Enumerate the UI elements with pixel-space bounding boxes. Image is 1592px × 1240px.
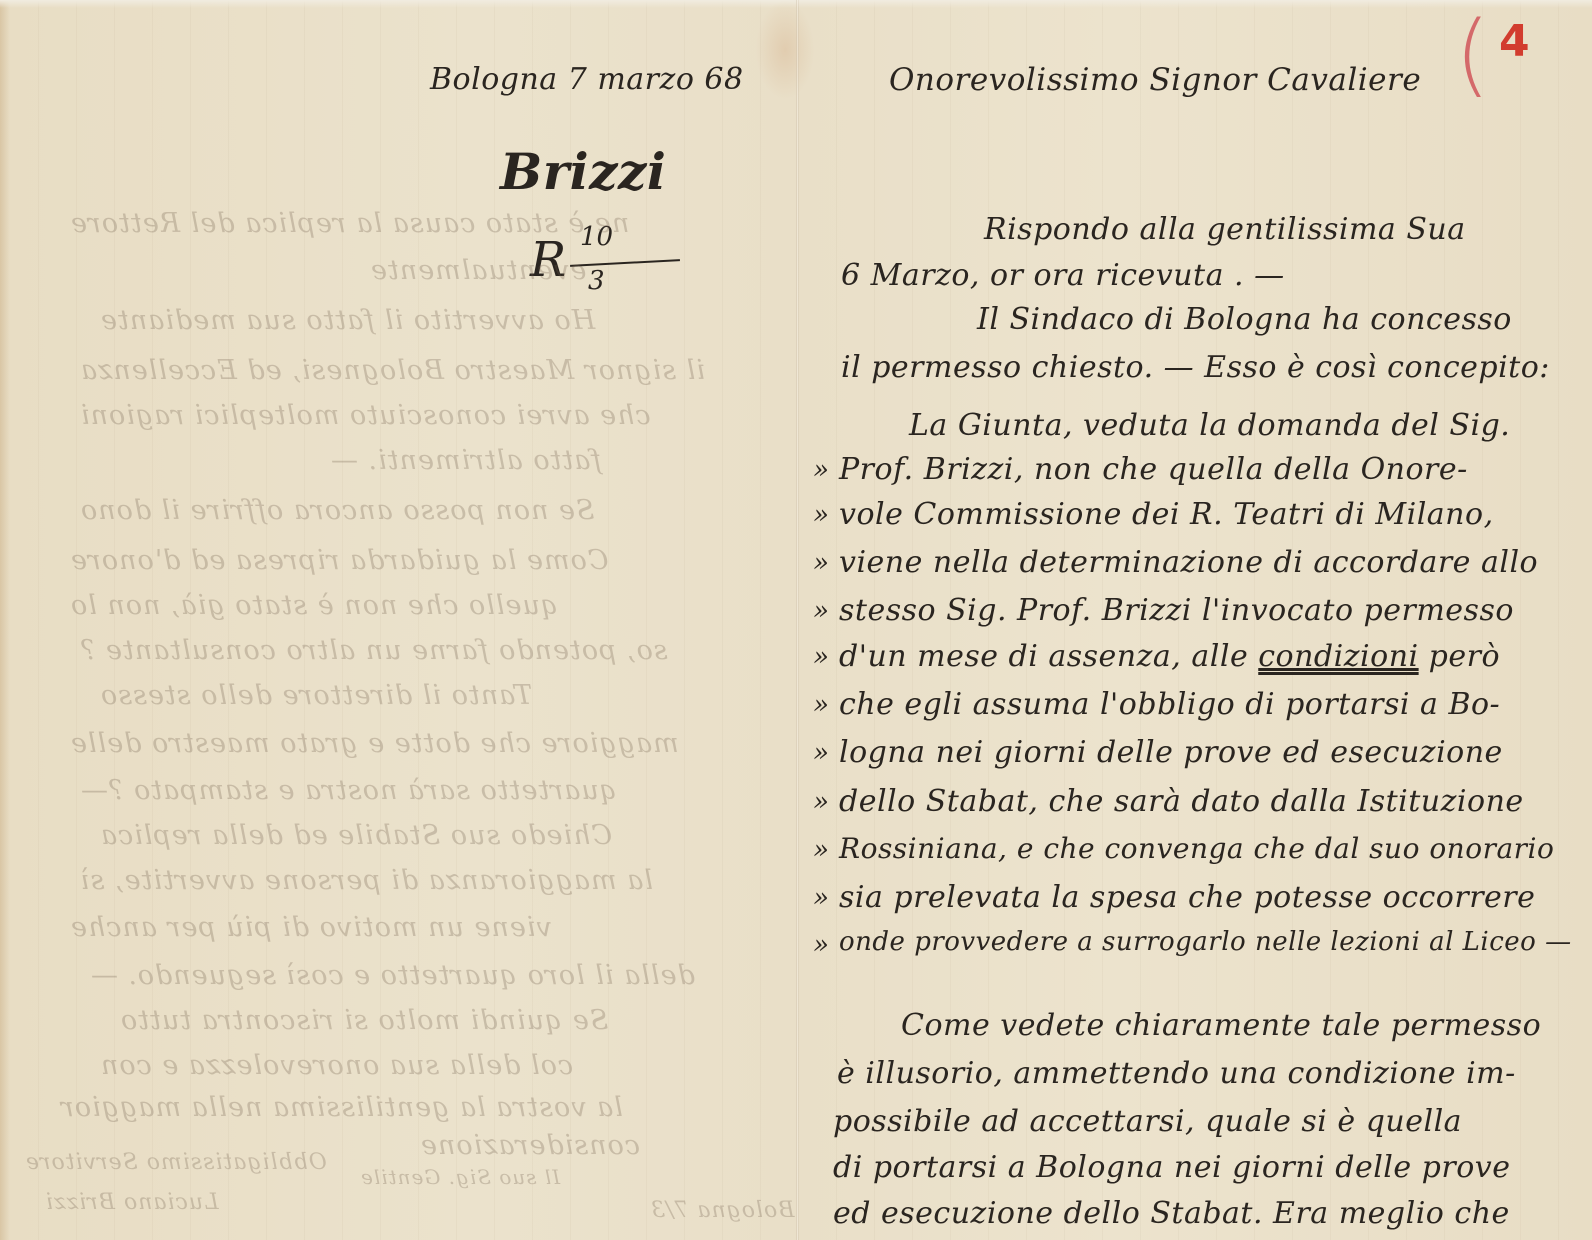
- reference-bar: [570, 259, 680, 267]
- letter-line: dello Stabat, che sarà dato dalla Istitu…: [839, 784, 1524, 819]
- quote-mark: »: [813, 835, 829, 865]
- bleed-through-line: viene un motivo di più per anche: [70, 912, 552, 943]
- bleed-through-line: Obbligatissimo Servitore: [25, 1150, 327, 1175]
- letter-line: vole Commissione dei R. Teatri di Milano…: [839, 497, 1494, 532]
- letter-line: il permesso chiesto. — Esso è così conce…: [841, 350, 1550, 385]
- quote-mark: »: [813, 455, 829, 485]
- left-page: Bologna 7 marzo 68 Brizzi R 10 3 ne è st…: [0, 0, 796, 1240]
- quote-mark: »: [813, 500, 829, 530]
- letter-line-tail: però: [1419, 639, 1500, 674]
- bleed-through-line: Il suo Sig. Gentile: [360, 1165, 560, 1189]
- letter-line: che egli assuma l'obbligo di portarsi a …: [839, 687, 1500, 722]
- underlined-word: condizioni: [1258, 639, 1418, 674]
- bleed-through-line: che avrei conosciuto molteplici ragioni: [80, 400, 651, 431]
- letter-line: onde provvedere a surrogarlo nelle lezio…: [839, 927, 1572, 957]
- bleed-through-line: Ho avvertito il fatto sua mediante: [100, 305, 595, 336]
- quote-mark: »: [813, 642, 829, 672]
- letter-line: possibile ad accettarsi, quale si è quel…: [833, 1104, 1462, 1139]
- bleed-through-line: fatto altrimenti. —: [330, 445, 601, 476]
- quote-mark: »: [813, 690, 829, 720]
- bleed-through-line: Luciano Brizzi: [45, 1190, 219, 1215]
- letter-line: Rispondo alla gentilissima Sua: [984, 212, 1466, 247]
- quote-mark: »: [813, 930, 829, 960]
- docket-sender: Brizzi: [500, 142, 666, 201]
- bleed-through-line: quello che non è stato già, non lo: [70, 590, 558, 621]
- bleed-through-line: so, potendo farne un altro consultante ?: [80, 635, 668, 666]
- letter-sheet: Bologna 7 marzo 68 Brizzi R 10 3 ne è st…: [0, 0, 1592, 1240]
- reference-denominator: 3: [588, 266, 605, 296]
- letter-line: di portarsi a Bologna nei giorni delle p…: [833, 1150, 1511, 1185]
- bleed-through-line: Se quindi molto si riscontra tutto: [120, 1005, 608, 1036]
- quote-mark: »: [813, 548, 829, 578]
- archive-folio-number: 4: [1499, 16, 1530, 67]
- letter-line: Rossiniana, e che convenga che dal suo o…: [839, 832, 1554, 865]
- right-page: ( 4 Onorevolissimo Signor Cavaliere Risp…: [799, 0, 1592, 1240]
- letter-line-text: d'un mese di assenza, alle: [839, 639, 1248, 674]
- bleed-through-line: la vostra la gentilissima nella maggior: [60, 1092, 623, 1123]
- bleed-through-line: maggiore che dotte e grato maestro delle: [70, 728, 679, 759]
- bleed-through-line: eventualmente: [370, 255, 586, 286]
- bleed-through-line: il signor Maestro Bolognesi, ed Eccellen…: [80, 355, 705, 386]
- archive-paren: (: [1455, 2, 1490, 107]
- letter-line: viene nella determinazione di accordare …: [839, 545, 1538, 580]
- bleed-through-line: Chiedo suo Stabile ed della replica: [100, 820, 612, 851]
- letter-line: Come vedete chiaramente tale permesso: [901, 1008, 1541, 1043]
- quote-mark: »: [813, 738, 829, 768]
- letter-line: d'un mese di assenza, alle condizioni pe…: [839, 639, 1500, 674]
- letter-line: logna nei giorni delle prove ed esecuzio…: [839, 735, 1503, 770]
- letter-line: sia prelevata la spesa che potesse occor…: [839, 880, 1535, 915]
- quote-mark: »: [813, 596, 829, 626]
- letter-line: ed esecuzione dello Stabat. Era meglio c…: [833, 1196, 1510, 1231]
- bleed-through-line: la maggioranza di persone avvertite, sì: [80, 865, 653, 896]
- letter-line: stesso Sig. Prof. Brizzi l'invocato perm…: [839, 593, 1514, 628]
- docket-place-date: Bologna 7 marzo 68: [430, 62, 744, 97]
- bleed-through-line: Bologna 7/3: [650, 1198, 794, 1223]
- bleed-through-line: Se non posso ancora offrire il dono: [80, 495, 595, 526]
- letter-line: è illusorio, ammettendo una condizione i…: [837, 1056, 1516, 1091]
- archive-folio-mark: ( 4: [1455, 10, 1585, 110]
- letter-line: Prof. Brizzi, non che quella della Onore…: [839, 452, 1468, 487]
- quote-mark: »: [813, 787, 829, 817]
- bleed-through-line: quartetto sarà nostra e stampato ?—: [80, 775, 617, 806]
- letter-line: 6 Marzo, or ora ricevuta . —: [841, 258, 1285, 293]
- bleed-through-line: col della sua onorevolezza e con: [100, 1050, 573, 1081]
- salutation: Onorevolissimo Signor Cavaliere: [889, 62, 1421, 98]
- letter-line: La Giunta, veduta la domanda del Sig.: [909, 408, 1510, 443]
- quote-mark: »: [813, 883, 829, 913]
- bleed-through-line: considerazione: [420, 1130, 640, 1161]
- bleed-through-line: della il loro quartetto e così seguendo.…: [90, 960, 695, 991]
- bleed-through-line: ne è stato causa la replica del Rettore: [70, 208, 629, 239]
- letter-line: Il Sindaco di Bologna ha concesso: [977, 302, 1512, 337]
- bleed-through-line: Tanto il direttore dello stesso: [100, 680, 532, 711]
- bleed-through-line: Come la guidarda ripresa ed d'onore: [70, 545, 609, 576]
